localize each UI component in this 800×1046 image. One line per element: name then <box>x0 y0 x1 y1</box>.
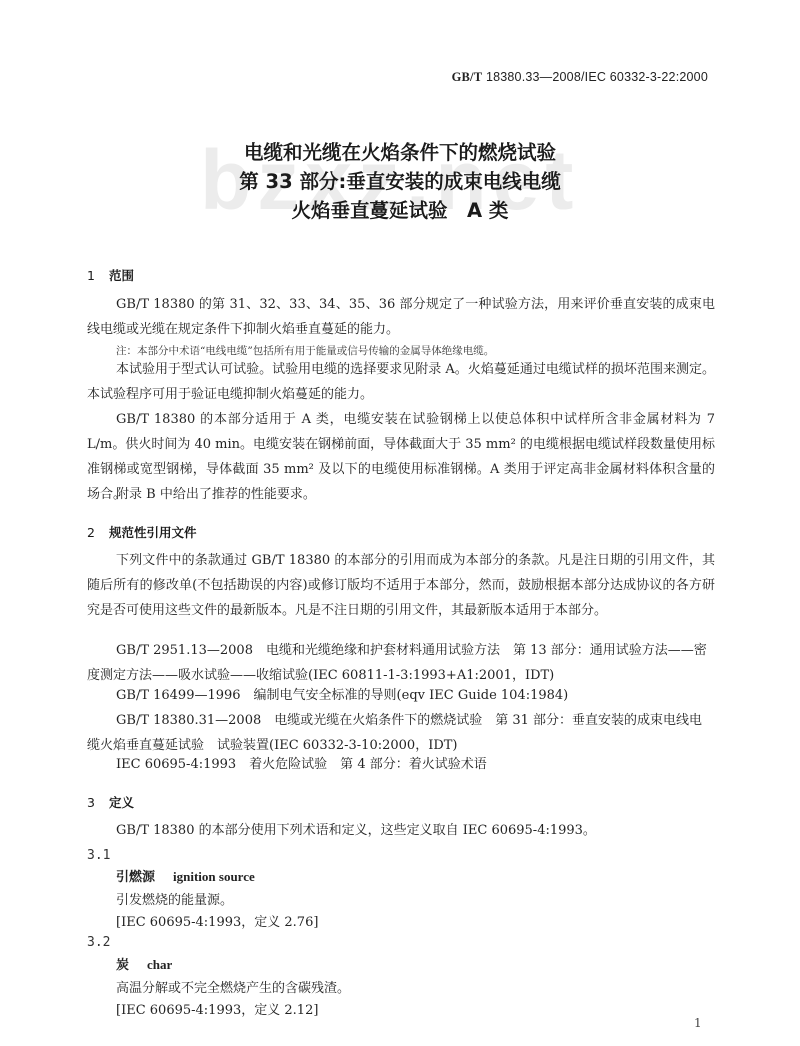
definition-source: [IEC 60695-4:1993，定义 2.76] <box>116 911 318 930</box>
standard-code-header: GB/T 18380.33—2008/IEC 60332-3-22:2000 <box>452 70 708 85</box>
section-number: 1 <box>87 268 95 283</box>
section-title: 定义 <box>109 795 134 810</box>
section-number: 2 <box>87 525 95 540</box>
clause-number: 3.1 <box>87 848 110 863</box>
section-1-para-1: GB/T 18380 的第 31、32、33、34、35、36 部分规定了一种试… <box>87 292 715 342</box>
standard-code: 18380.33—2008/IEC 60332-3-22:2000 <box>486 70 708 84</box>
section-title: 范围 <box>109 268 134 283</box>
reference-item: GB/T 2951.13—2008 电缆和光缆绝缘和护套材料通用试验方法 第 1… <box>87 638 715 688</box>
term-zh: 炭 <box>116 958 129 973</box>
section-title: 规范性引用文件 <box>109 525 197 540</box>
section-3-para-1: GB/T 18380 的本部分使用下列术语和定义，这些定义取自 IEC 6069… <box>87 818 715 843</box>
document-title: 电缆和光缆在火焰条件下的燃烧试验 第 33 部分:垂直安装的成束电线电缆 火焰垂… <box>0 138 800 225</box>
page-number: 1 <box>694 1016 702 1030</box>
term-en: ignition source <box>173 869 255 884</box>
clause-number: 3.2 <box>87 935 110 950</box>
section-2-para-1: 下列文件中的条款通过 GB/T 18380 的本部分的引用而成为本部分的条款。凡… <box>87 548 715 623</box>
reference-item: GB/T 18380.31—2008 电缆或光缆在火焰条件下的燃烧试验 第 31… <box>87 708 715 758</box>
definition-text: 引发燃烧的能量源。 <box>116 889 233 908</box>
definition-term: 引燃源ignition source <box>116 866 255 885</box>
title-line-1: 电缆和光缆在火焰条件下的燃烧试验 <box>0 138 800 167</box>
standard-prefix: GB/T <box>452 70 483 84</box>
definition-source: [IEC 60695-4:1993，定义 2.12] <box>116 999 318 1018</box>
section-number: 3 <box>87 795 95 810</box>
reference-item: IEC 60695-4:1993 着火危险试验 第 4 部分：着火试验术语 <box>87 752 715 777</box>
term-zh: 引燃源 <box>116 870 155 885</box>
term-en: char <box>147 957 172 972</box>
section-3-heading: 3定义 <box>87 793 134 811</box>
definition-text: 高温分解或不完全燃烧产生的含碳残渣。 <box>116 977 350 996</box>
title-line-2: 第 33 部分:垂直安装的成束电线电缆 <box>0 167 800 196</box>
section-1-note: 注：本部分中术语“电线电缆”包括所有用于能量或信号传输的金属导体绝缘电缆。 <box>116 343 494 358</box>
section-1-para-2: 本试验用于型式认可试验。试验用电缆的选择要求见附录 A。火焰蔓延通过电缆试样的损… <box>87 357 715 407</box>
section-2-heading: 2规范性引用文件 <box>87 523 196 541</box>
section-1-para-4: 附录 B 中给出了推荐的性能要求。 <box>87 482 715 507</box>
reference-item: GB/T 16499—1996 编制电气安全标准的导则(eqv IEC Guid… <box>87 683 715 708</box>
section-1-heading: 1范围 <box>87 266 134 284</box>
definition-term: 炭char <box>116 954 172 973</box>
title-line-3: 火焰垂直蔓延试验 A 类 <box>0 196 800 225</box>
